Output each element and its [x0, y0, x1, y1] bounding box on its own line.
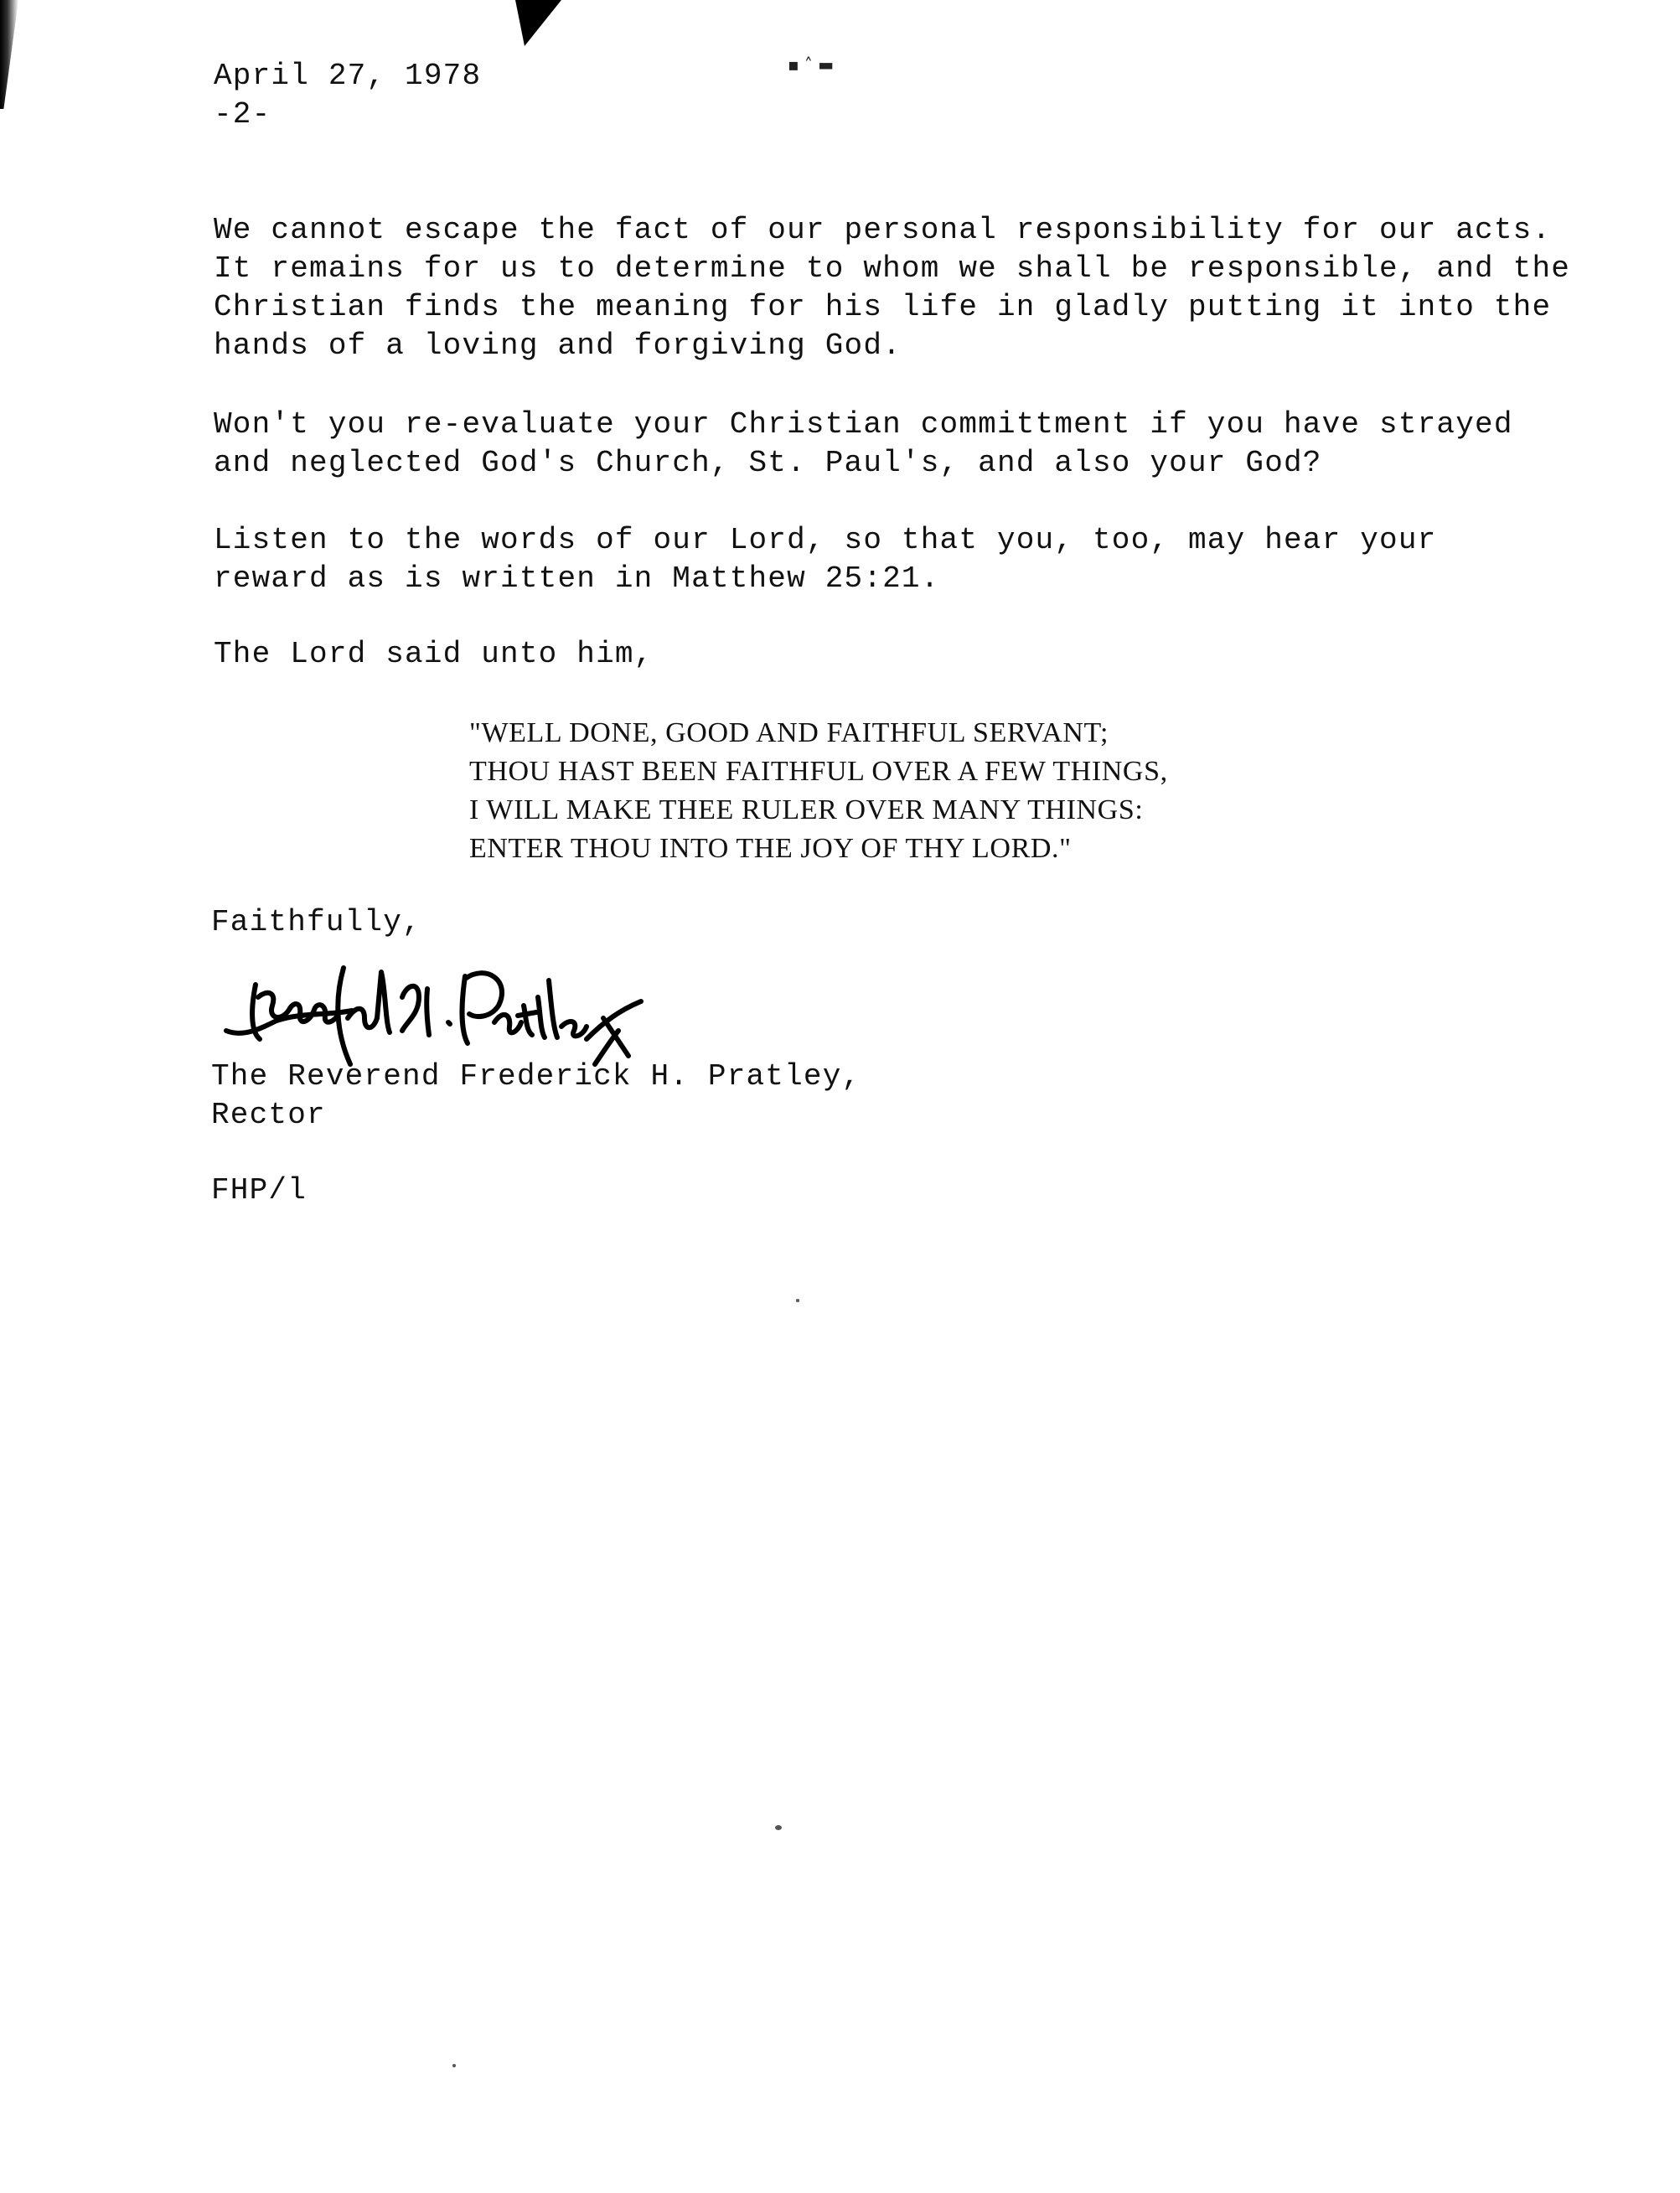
paper-notch-mark [515, 0, 561, 46]
scan-edge-shadow [0, 0, 18, 109]
paragraph-line: Christian finds the meaning for his life… [214, 288, 1551, 327]
scan-dust [775, 1825, 782, 1830]
page-number: -2- [214, 96, 271, 134]
scan-specks: ▪ ˄ ▬ [788, 54, 834, 75]
scan-dust [796, 1299, 799, 1302]
quotation-line: ENTER THOU INTO THE JOY OF THY LORD." [469, 830, 1072, 868]
quotation-line: THOU HAST BEEN FAITHFUL OVER A FEW THING… [469, 753, 1168, 791]
letter-date: April 27, 1978 [214, 57, 481, 96]
signer-title: Rector [211, 1096, 326, 1135]
paragraph-line: Won't you re-evaluate your Christian com… [214, 406, 1513, 444]
signer-name: The Reverend Frederick H. Pratley, [211, 1058, 861, 1096]
reference-initials: FHP/l [211, 1171, 307, 1210]
letter-page: ▪ ˄ ▬ April 27, 1978 -2- We cannot escap… [0, 0, 1680, 2193]
paragraph-line: Listen to the words of our Lord, so that… [214, 521, 1436, 560]
paragraph-line: and neglected God's Church, St. Paul's, … [214, 444, 1322, 483]
paragraph-line: reward as is written in Matthew 25:21. [214, 560, 940, 598]
quotation-line: "WELL DONE, GOOD AND FAITHFUL SERVANT; [469, 714, 1109, 753]
paragraph-4: The Lord said unto him, [214, 635, 653, 674]
closing: Faithfully, [211, 903, 421, 942]
scan-dust [452, 2064, 456, 2067]
paragraph-line: It remains for us to determine to whom w… [214, 250, 1570, 288]
quotation-line: I WILL MAKE THEE RULER OVER MANY THINGS: [469, 791, 1143, 830]
paragraph-line: hands of a loving and forgiving God. [214, 327, 902, 365]
paragraph-line: We cannot escape the fact of our persona… [214, 211, 1551, 250]
